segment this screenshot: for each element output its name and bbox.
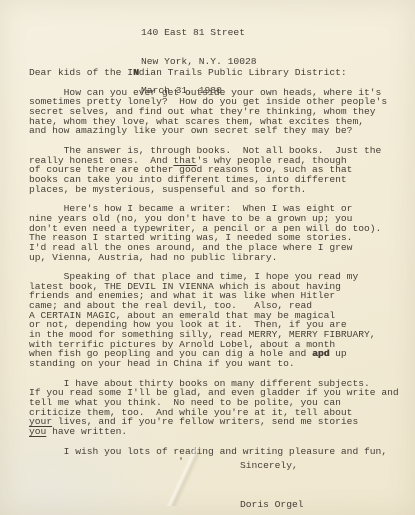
signoff: Sincerely,	[29, 461, 411, 471]
salutation: Dear kids of the INdian Trails Public Li…	[29, 68, 411, 78]
paragraph-1: How can you ever get outside your own he…	[29, 88, 411, 136]
letter-page: 140 East 81 Street New York, N.Y. 10028 …	[0, 0, 415, 515]
paragraph-2: The answer is, through books. Not all bo…	[29, 146, 411, 194]
sender-city-line: New York, N.Y. 10028	[141, 57, 257, 67]
ink-speck	[180, 457, 182, 460]
closing-line: I wish you lots of reading and writing p…	[29, 447, 411, 457]
letter-body: Dear kids of the INdian Trails Public Li…	[29, 68, 411, 510]
paragraph-3: Here's how I became a writer: When I was…	[29, 204, 411, 262]
paragraph-4: Speaking of that place and time, I hope …	[29, 272, 411, 369]
paragraph-5: I have about thirty books on many differ…	[29, 379, 411, 437]
sender-street-line: 140 East 81 Street	[141, 28, 257, 38]
signature-name: Doris Orgel	[29, 500, 411, 510]
